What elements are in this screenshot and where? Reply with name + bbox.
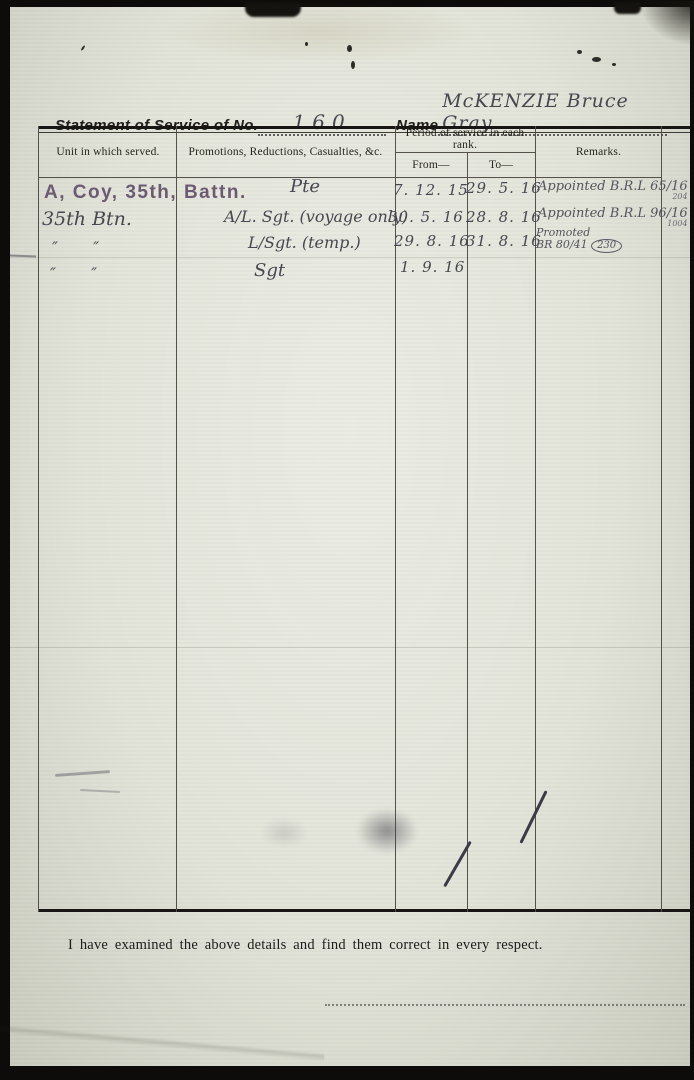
ink-blot: [245, 2, 301, 17]
header-from: From—: [395, 152, 467, 177]
rank-entry: A/L. Sgt. (voyage only): [224, 207, 408, 226]
remark-circled-number: 230: [591, 239, 622, 253]
ink-speck: [347, 45, 352, 52]
paper-stain: [160, 0, 480, 63]
remark-entry: Appointed B.R.L 65/16 204: [538, 179, 688, 201]
ink-speck: [305, 42, 308, 46]
service-table: Unit in which served. Promotions, Reduct…: [38, 126, 662, 912]
pen-slash-mark: [519, 790, 547, 843]
date-from: 30. 5. 16: [388, 208, 464, 226]
remark-text: Appointed B.R.L 65/16: [538, 179, 688, 194]
column-divider: [176, 126, 177, 912]
remark-text-line2: BR 80/41: [536, 238, 588, 251]
unit-entry: 35th Btn.: [42, 208, 132, 230]
unit-ditto: ″ ″: [52, 238, 99, 257]
remark-entry: Appointed B.R.L 96/16 1004: [538, 206, 688, 228]
ink-speck: [351, 61, 355, 69]
header-promotions: Promotions, Reductions, Casualties, &c.: [178, 126, 393, 177]
ink-blot: [614, 2, 641, 14]
rank-entry: Sgt: [254, 260, 285, 281]
date-from: 7. 12. 15: [393, 181, 469, 199]
table-border-right: [661, 126, 662, 912]
graphite-smudge: [260, 818, 308, 848]
unit-stamp: A, Coy, 35th, Battn.: [44, 182, 247, 204]
ink-speck: [80, 45, 85, 51]
remark-text: Appointed B.R.L 96/16: [538, 206, 688, 221]
date-to: 28. 8. 16: [466, 208, 542, 226]
rank-entry: L/Sgt. (temp.): [248, 233, 361, 252]
graphite-smudge: [356, 808, 418, 854]
table-border-left: [38, 126, 39, 912]
header-remarks: Remarks.: [535, 126, 662, 177]
date-from: 1. 9. 16: [400, 258, 465, 276]
header-unit: Unit in which served.: [42, 126, 174, 177]
header-underline: [38, 177, 662, 178]
scan-corner-shadow: [640, 1, 694, 45]
date-to: 29. 5. 16: [466, 179, 542, 197]
header-period: Period of service in each rank.: [395, 126, 535, 152]
column-divider: [467, 152, 468, 912]
rank-entry: Pte: [290, 176, 320, 197]
scanned-document: Statement of Service of No. 160 Name McK…: [0, 0, 694, 1080]
date-from: 29. 8. 16: [394, 232, 470, 250]
ink-speck: [577, 50, 582, 54]
unit-ditto: ″ ″: [50, 264, 97, 283]
certification-statement: I have examined the above details and fi…: [68, 937, 543, 954]
signature-line: [325, 1004, 685, 1006]
paper-fold-shadow: [0, 995, 327, 1080]
header-to: To—: [467, 152, 535, 177]
date-to: 31. 8. 16: [466, 232, 542, 250]
paper-sheet: Statement of Service of No. 160 Name McK…: [10, 7, 690, 1066]
ink-speck: [592, 57, 601, 62]
remark-entry: Promoted BR 80/41 230: [536, 227, 622, 253]
ink-speck: [612, 63, 616, 66]
